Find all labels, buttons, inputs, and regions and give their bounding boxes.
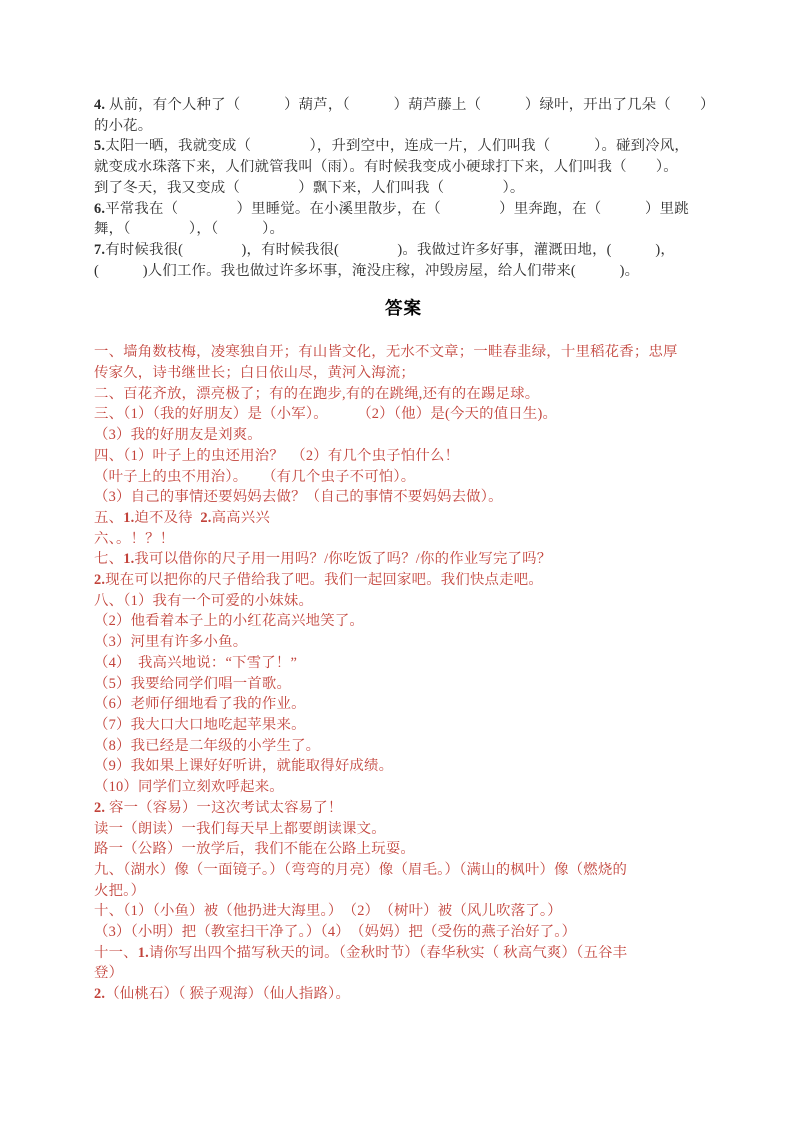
- answer-line: 五、1.迫不及待 2.高高兴兴: [94, 508, 713, 529]
- answers-heading: 答案: [94, 295, 713, 320]
- answer-line: 2.（仙桃石）（ 猴子观海）（仙人指路）。: [94, 984, 713, 1005]
- answer-line: （7）我大口大口地吃起苹果来。: [94, 715, 713, 736]
- answer-line: （叶子上的虫不用治）。 （有几个虫子不可怕）。: [94, 467, 713, 488]
- answer-line: （10）同学们立刻欢呼起来。: [94, 777, 713, 798]
- answer-line: 火把。）: [94, 881, 713, 902]
- answer-line: 路一（公路）一放学后，我们不能在公路上玩耍。: [94, 839, 713, 860]
- answer-line: （3）河里有许多小鱼。: [94, 632, 713, 653]
- answer-line: 2.现在可以把你的尺子借给我了吧。我们一起回家吧。我们快点走吧。: [94, 570, 713, 591]
- question-line: 7.有时候我很( )，有时候我很( )。我做过许多好事，灌溉田地，( )，: [94, 240, 713, 261]
- question-line: 舞，（ ），（ ）。: [94, 219, 713, 240]
- answer-line: 一、墙角数枝梅，凌寒独自开；有山皆文化，无水不文章；一畦春韭绿，十里稻花香；忠厚: [94, 342, 713, 363]
- document-page: 4. 从前，有个人种了（ ）葫芦，（ ）葫芦藤上（ ）绿叶，开出了几朵（ ）的小…: [0, 0, 793, 1122]
- answer-line: （3）自己的事情还要妈妈去做？（自己的事情不要妈妈去做）。: [94, 487, 713, 508]
- question-line: 5.太阳一晒，我就变成（ ），升到空中，连成一片，人们叫我（ ）。碰到冷风，: [94, 136, 713, 157]
- question-line: 6.平常我在（ ）里睡觉。在小溪里散步，在（ ）里奔跑，在（ ）里跳: [94, 199, 713, 220]
- question-line: 的小花。: [94, 116, 713, 137]
- answer-line: 六、。！？！: [94, 529, 713, 550]
- answer-line: （3）我的好朋友是刘爽。: [94, 425, 713, 446]
- question-line: 到了冬天，我又变成（ ）飘下来，人们叫我（ ）。: [94, 178, 713, 199]
- answer-line: 传家久，诗书继世长；白日依山尽，黄河入海流；: [94, 363, 713, 384]
- answer-line: 三、（1）（我的好朋友）是（小军）。 （2）（他）是(今天的值日生)。: [94, 404, 713, 425]
- answer-line: （5）我要给同学们唱一首歌。: [94, 674, 713, 695]
- answer-line: （6）老师仔细地看了我的作业。: [94, 694, 713, 715]
- answer-line: 九、（湖水）像（一面镜子。）（弯弯的月亮）像（眉毛。）（满山的枫叶）像（燃烧的: [94, 860, 713, 881]
- answer-line: 八、（1）我有一个可爱的小妹妹。: [94, 591, 713, 612]
- answer-line: 十一、1.请你写出四个描写秋天的词。（金秋时节）（春华秋实（ 秋高气爽）（五谷丰: [94, 943, 713, 964]
- question-line: 4. 从前，有个人种了（ ）葫芦，（ ）葫芦藤上（ ）绿叶，开出了几朵（ ）: [94, 95, 713, 116]
- question-line: ( )人们工作。我也做过许多坏事，淹没庄稼，冲毁房屋，给人们带来( )。: [94, 261, 713, 282]
- answer-line: （4） 我高兴地说：“下雪了！”: [94, 653, 713, 674]
- page-content: 4. 从前，有个人种了（ ）葫芦，（ ）葫芦藤上（ ）绿叶，开出了几朵（ ）的小…: [0, 0, 793, 1005]
- question-line: 就变成水珠落下来，人们就管我叫（雨）。有时候我变成小硬球打下来，人们叫我（ ）。: [94, 157, 713, 178]
- answer-line: （2）他看着本子上的小红花高兴地笑了。: [94, 611, 713, 632]
- answer-line: 登）: [94, 963, 713, 984]
- answer-line: 四、（1）叶子上的虫还用治？ （2）有几个虫子怕什么！: [94, 446, 713, 467]
- answers-section: 一、墙角数枝梅，凌寒独自开；有山皆文化，无水不文章；一畦春韭绿，十里稻花香；忠厚…: [94, 342, 713, 1005]
- answer-line: 七、1.我可以借你的尺子用一用吗？/你吃饭了吗？/你的作业写完了吗？: [94, 549, 713, 570]
- answer-line: （8）我已经是二年级的小学生了。: [94, 736, 713, 757]
- answer-line: 二、百花齐放，漂亮极了；有的在跑步,有的在跳绳,还有的在踢足球。: [94, 384, 713, 405]
- answer-line: （9）我如果上课好好听讲，就能取得好成绩。: [94, 756, 713, 777]
- questions-section: 4. 从前，有个人种了（ ）葫芦，（ ）葫芦藤上（ ）绿叶，开出了几朵（ ）的小…: [94, 95, 713, 281]
- answer-line: 十、（1）（小鱼）被（他扔进大海里。） （2） （树叶）被（风儿吹落了。）: [94, 901, 713, 922]
- answer-line: 读一（朗读）一我们每天早上都要朗读课文。: [94, 819, 713, 840]
- answer-line: 2. 容一（容易）一这次考试太容易了！: [94, 798, 713, 819]
- answer-line: （3）（小明）把（教室扫干净了。）（4） （妈妈）把（受伤的燕子治好了。）: [94, 922, 713, 943]
